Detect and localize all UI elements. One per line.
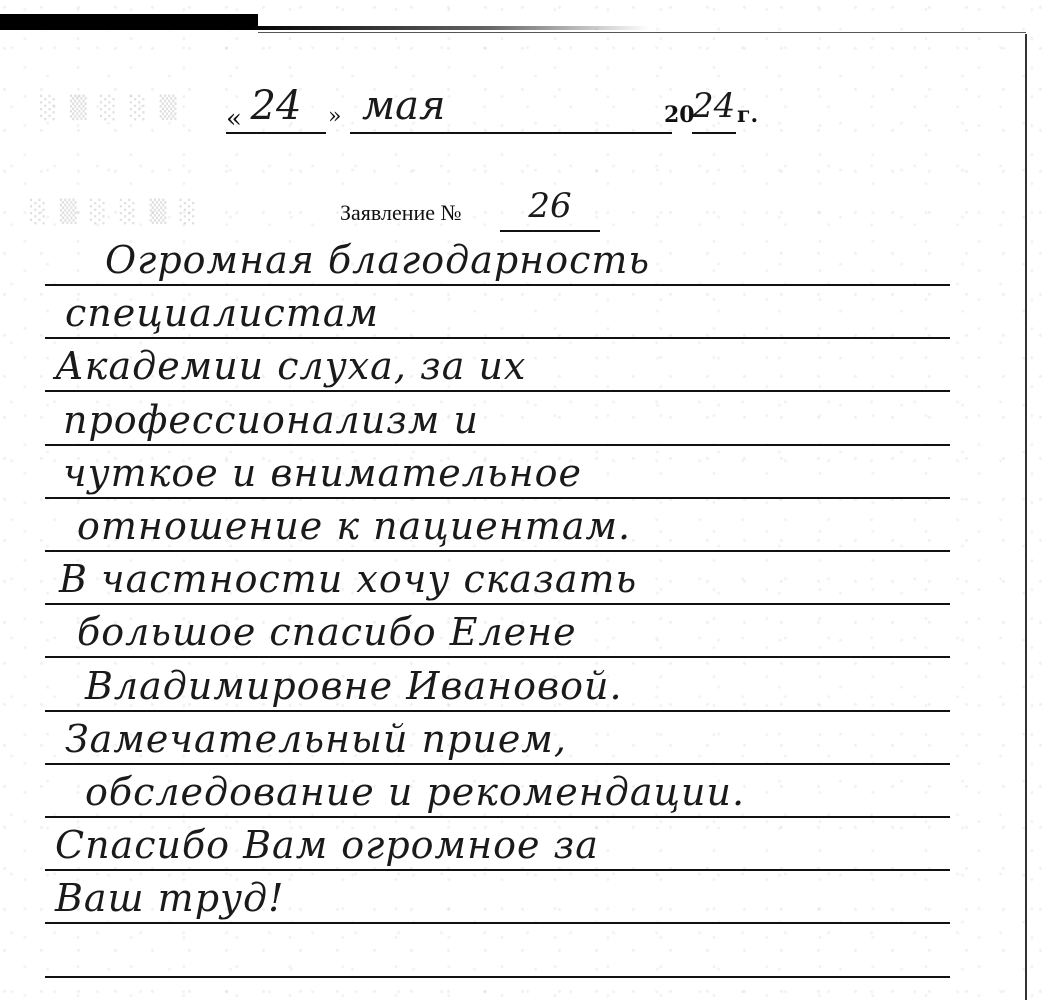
ruled-line — [45, 337, 950, 339]
handwritten-line: Академии слуха, за их — [55, 344, 526, 388]
ruled-line — [45, 976, 950, 978]
ruled-line — [45, 710, 950, 712]
ruled-line — [45, 284, 950, 286]
handwritten-line: специалистам — [65, 291, 379, 335]
handwritten-line: отношение к пациентам. — [77, 504, 631, 548]
ruled-line — [45, 550, 950, 552]
ruled-line — [45, 444, 950, 446]
handwritten-line: Замечательный прием, — [65, 717, 567, 761]
ruled-line — [45, 390, 950, 392]
handwritten-line: Владимировне Ивановой. — [85, 664, 623, 708]
ruled-line — [45, 603, 950, 605]
ruled-line — [45, 922, 950, 924]
handwritten-line: В частности хочу сказать — [59, 557, 637, 601]
handwritten-line: большое спасибо Елене — [77, 610, 577, 654]
ruled-line — [45, 497, 950, 499]
handwritten-line: Спасибо Вам огромное за — [55, 823, 599, 867]
handwritten-line: Ваш труд! — [55, 876, 284, 920]
page-border-right — [1025, 34, 1027, 1000]
handwritten-line: чуткое и внимательное — [63, 451, 582, 495]
handwritten-line: обследование и рекомендации. — [85, 770, 745, 814]
ruled-line — [45, 869, 950, 871]
ruled-line — [45, 763, 950, 765]
handwritten-line: профессионализм и — [63, 398, 479, 442]
ruled-line — [45, 816, 950, 818]
handwritten-line: Огромная благодарность — [105, 238, 650, 282]
ruled-lines-area: Огромная благодарностьспециалистамАкадем… — [45, 0, 950, 1000]
ruled-line — [45, 656, 950, 658]
